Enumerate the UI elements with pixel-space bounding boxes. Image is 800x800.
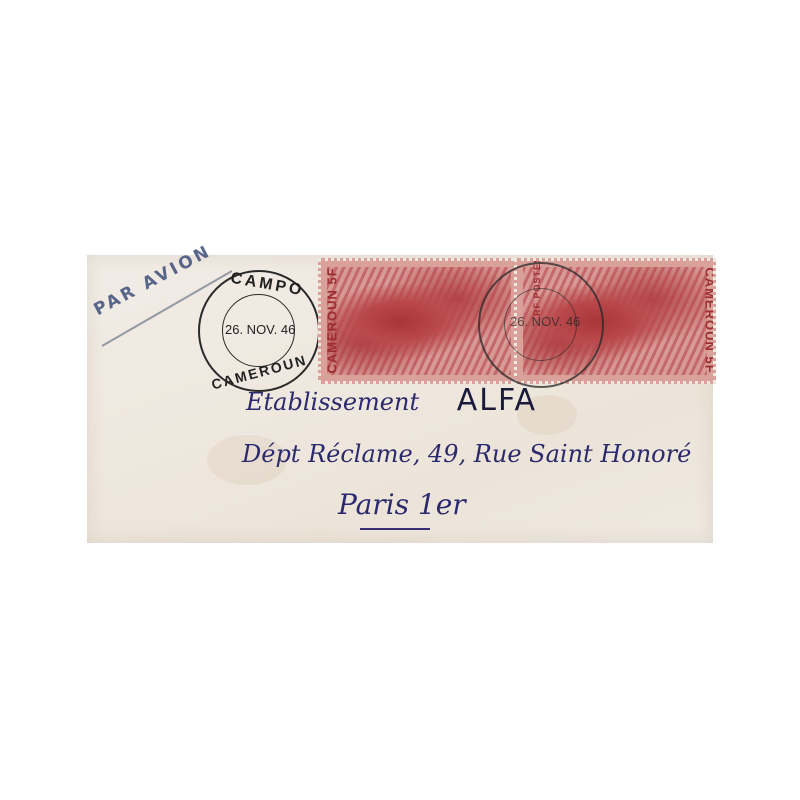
address-underline <box>360 528 430 530</box>
postmark-right: 26. NOV. 46 <box>478 262 604 388</box>
stamp-value: 5F <box>703 357 716 374</box>
address-line2: Dépt Réclame, 49, Rue Saint Honoré <box>242 440 691 468</box>
postmark-left: CAMPO 26. NOV. 46 CAMEROUN <box>198 270 320 392</box>
stamp-country-text: CAMEROUN <box>325 289 340 374</box>
address-company-name: ALFA <box>457 383 537 418</box>
address-line3: Paris 1er <box>338 488 466 521</box>
stamp-country-text: CAMEROUN <box>703 267 716 352</box>
postmark-date: 26. NOV. 46 <box>225 322 295 337</box>
stamp-country: CAMEROUN 5F <box>703 267 716 373</box>
address-line1: Etablissement ALFA <box>246 383 537 418</box>
stamp-value: 5F <box>325 267 340 284</box>
stamp-country: CAMEROUN 5F <box>325 267 340 373</box>
postmark-date: 26. NOV. 46 <box>510 314 580 329</box>
address-establishment: Etablissement <box>246 388 419 416</box>
